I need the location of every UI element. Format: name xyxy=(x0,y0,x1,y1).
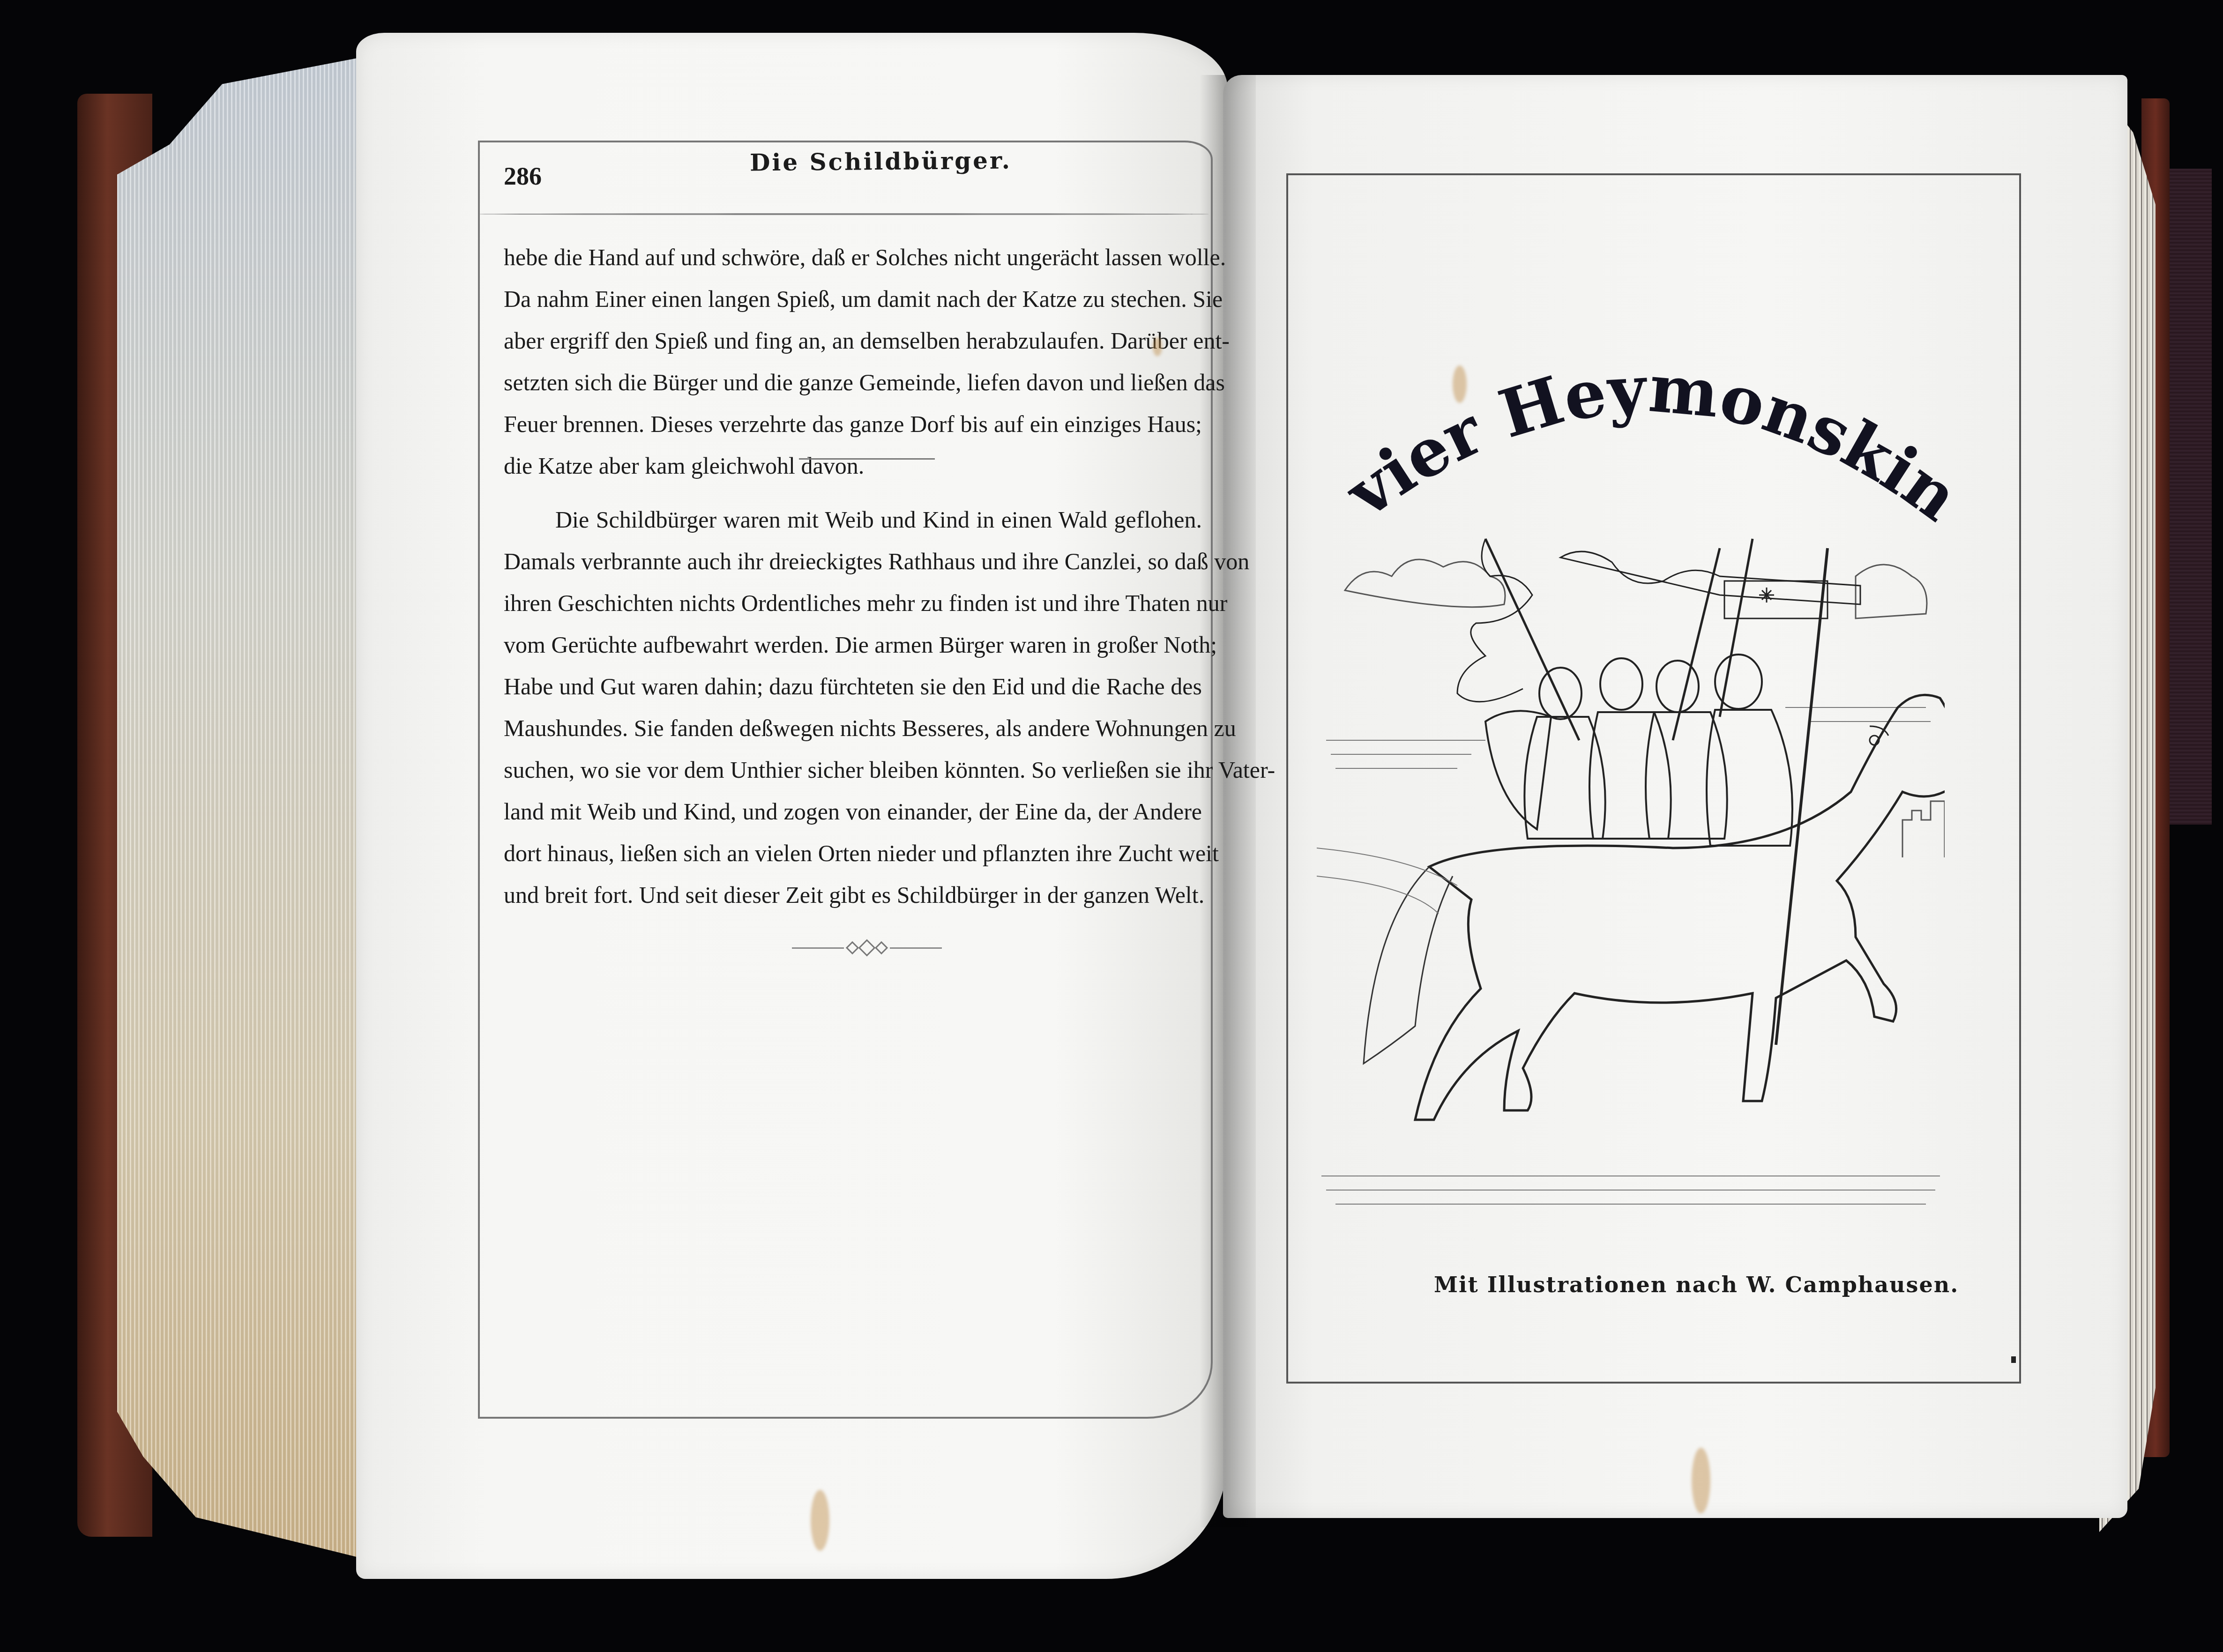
text-line: Habe und Gut waren dahin; dazu fürchtete… xyxy=(504,666,1202,707)
text-line: hebe die Hand auf und schwöre, daß er So… xyxy=(504,237,1202,278)
text-line: Da nahm Einer einen langen Spieß, um dam… xyxy=(504,278,1202,320)
text-line: land mit Weib und Kind, und zogen von ei… xyxy=(504,791,1202,833)
text-line: suchen, wo sie vor dem Unthier sicher bl… xyxy=(504,749,1202,791)
header-rule xyxy=(478,213,1209,215)
text-line: Damals verbrannte auch ihr dreieckigtes … xyxy=(504,541,1202,582)
foxing-stain xyxy=(811,1490,829,1551)
text-line: ihren Geschichten nichts Ordentliches me… xyxy=(504,582,1202,624)
foxing-stain xyxy=(1692,1448,1710,1513)
foxing-stain xyxy=(1153,337,1162,356)
running-head: Die Schildbürger. xyxy=(750,147,1012,177)
text-line: setzten sich die Bürger und die ganze Ge… xyxy=(504,362,1202,403)
knights-illustration xyxy=(1317,520,1945,1223)
text-line: Feuer brennen. Dieses verzehrte das ganz… xyxy=(504,403,1202,445)
diamond-icon xyxy=(858,939,876,957)
text-line: Maushundes. Sie fanden deßwegen nichts B… xyxy=(504,707,1202,749)
section-divider xyxy=(799,458,935,460)
page-number: 286 xyxy=(504,162,542,191)
book-photo: 286 Die Schildbürger. hebe die Hand auf … xyxy=(0,0,2223,1652)
ornament-rule xyxy=(792,947,844,949)
text-line: vom Gerüchte aufbewahrt werden. Die arme… xyxy=(504,624,1202,666)
text-line: Die Schildbürger waren mit Weib und Kind… xyxy=(504,499,1202,541)
page-edges-left xyxy=(117,54,380,1563)
chapter-title: Die vier Heymonskinder. xyxy=(1321,347,1977,548)
paragraph-2: Die Schildbürger waren mit Weib und Kind… xyxy=(504,499,1202,916)
text-line: aber ergriff den Spieß und fing an, an d… xyxy=(504,320,1202,362)
diamond-icon xyxy=(875,941,888,954)
text-line: und breit fort. Und seit dieser Zeit gib… xyxy=(504,874,1202,916)
diamond-icon xyxy=(846,941,859,954)
chapter-title-text: Die vier Heymonskinder. xyxy=(1321,347,1972,546)
foxing-stain xyxy=(1453,365,1467,403)
paragraph-1: hebe die Hand auf und schwöre, daß er So… xyxy=(504,237,1202,487)
printer-mark xyxy=(2011,1356,2016,1363)
ornament-rule xyxy=(890,947,942,949)
end-ornament xyxy=(792,941,942,955)
text-line: die Katze aber kam gleichwohl davon. xyxy=(504,445,1202,487)
illustration-caption: Mit Illustrationen nach W. Camphausen. xyxy=(1434,1272,1959,1297)
text-line: dort hinaus, ließen sich an vielen Orten… xyxy=(504,833,1202,874)
